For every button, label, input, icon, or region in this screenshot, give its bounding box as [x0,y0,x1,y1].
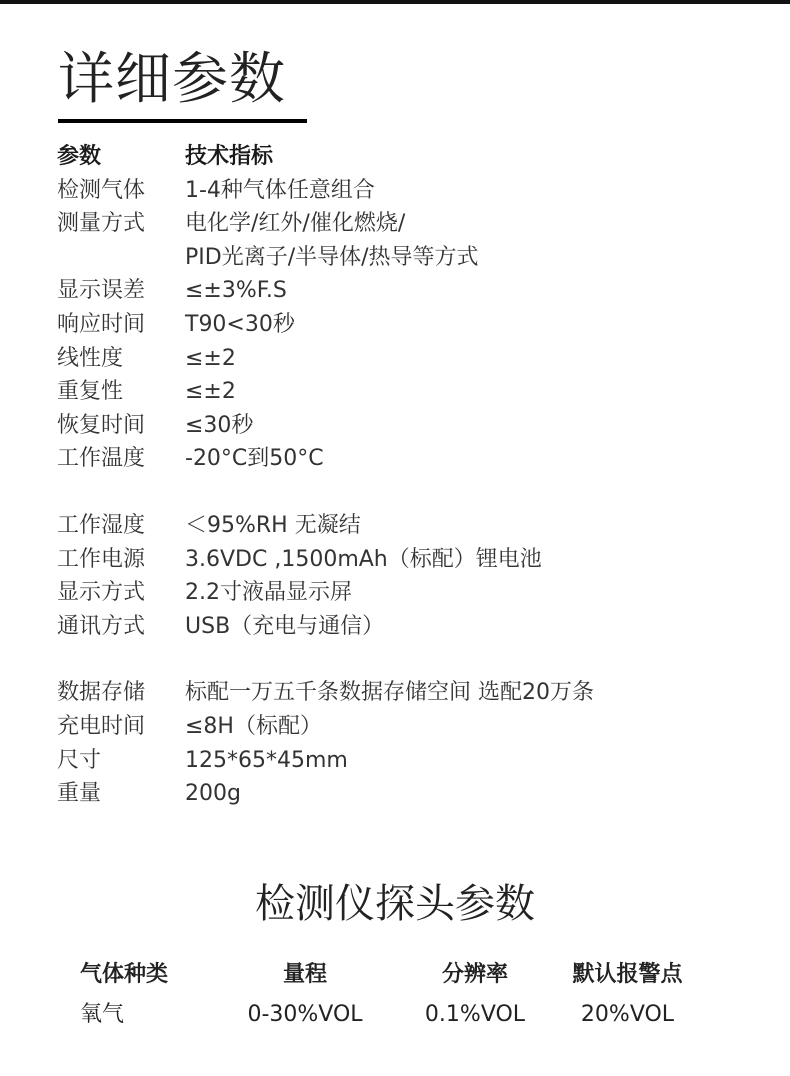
spec-row-dimensions: 尺寸 125*65*45mm [57,744,757,778]
spec-row-detect-gas: 检测气体 1-4种气体任意组合 [57,174,757,208]
spec-value: T90<30秒 [185,308,295,342]
spec-value: 200g [185,777,241,811]
spec-label: 测量方式 [57,207,185,274]
cell-resolution: 0.1%VOL [395,995,555,1035]
spec-label: 线性度 [57,342,185,376]
column-header-resolution: 分辨率 [395,955,555,995]
spec-value: ≤8H（标配） [185,710,322,744]
spec-label: 重量 [57,777,185,811]
spec-value-line: PID光离子/半导体/热导等方式 [185,241,479,275]
spec-label: 恢复时间 [57,409,185,443]
top-border [0,0,790,4]
spec-list: 参数 技术指标 检测气体 1-4种气体任意组合 测量方式 电化学/红外/催化燃烧… [57,140,757,811]
spec-row-display-type: 显示方式 2.2寸液晶显示屏 [57,576,757,610]
spec-label: 重复性 [57,375,185,409]
spec-label: 检测气体 [57,174,185,208]
spec-value: USB（充电与通信） [185,610,384,644]
spec-label: 工作电源 [57,543,185,577]
spec-value: ≤±2 [185,342,236,376]
spec-value: ＜95%RH 无凝结 [185,509,361,543]
spec-value: ≤30秒 [185,409,253,443]
spec-row-measure-method: 测量方式 电化学/红外/催化燃烧/ PID光离子/半导体/热导等方式 [57,207,757,274]
spec-row-operating-humidity: 工作湿度 ＜95%RH 无凝结 [57,509,757,543]
spec-value: 2.2寸液晶显示屏 [185,576,352,610]
spec-label: 显示方式 [57,576,185,610]
spec-row-repeatability: 重复性 ≤±2 [57,375,757,409]
column-header-alarm-point: 默认报警点 [555,955,700,995]
spec-row-data-storage: 数据存储 标配一万五千条数据存储空间 选配20万条 [57,676,757,710]
spec-label: 响应时间 [57,308,185,342]
spec-label: 显示误差 [57,274,185,308]
spec-label: 通讯方式 [57,610,185,644]
cell-range: 0-30%VOL [215,995,395,1035]
spec-value: -20°C到50°C [185,442,324,476]
page-title: 详细参数 [58,44,286,116]
spec-row-recovery-time: 恢复时间 ≤30秒 [57,409,757,443]
spec-header-value: 技术指标 [185,140,273,174]
spec-value: ≤±3%F.S [185,274,287,308]
spec-row-response-time: 响应时间 T90<30秒 [57,308,757,342]
spec-header-row: 参数 技术指标 [57,140,757,174]
spec-row-communication: 通讯方式 USB（充电与通信） [57,610,757,644]
spec-label: 尺寸 [57,744,185,778]
spec-value: 标配一万五千条数据存储空间 选配20万条 [185,676,594,710]
spec-value: 电化学/红外/催化燃烧/ PID光离子/半导体/热导等方式 [185,207,479,274]
spec-value: 125*65*45mm [185,744,348,778]
spec-label: 工作温度 [57,442,185,476]
column-header-range: 量程 [215,955,395,995]
spec-value: 3.6VDC ,1500mAh（标配）锂电池 [185,543,542,577]
probe-table: 气体种类 量程 分辨率 默认报警点 氧气 0-30%VOL 0.1%VOL 20… [80,955,700,1035]
spec-header-label: 参数 [57,140,185,174]
table-row: 氧气 0-30%VOL 0.1%VOL 20%VOL [80,995,700,1035]
spec-row-charging-time: 充电时间 ≤8H（标配） [57,710,757,744]
spec-label: 充电时间 [57,710,185,744]
spec-value-line: 电化学/红外/催化燃烧/ [185,207,479,241]
title-underline [58,119,307,123]
spec-row-operating-temperature: 工作温度 -20°C到50°C [57,442,757,476]
spec-value: ≤±2 [185,375,236,409]
spec-label: 数据存储 [57,676,185,710]
probe-table-header-row: 气体种类 量程 分辨率 默认报警点 [80,955,700,995]
cell-gas-type: 氧气 [80,995,215,1035]
spec-value: 1-4种气体任意组合 [185,174,375,208]
spec-row-power-supply: 工作电源 3.6VDC ,1500mAh（标配）锂电池 [57,543,757,577]
spec-label: 工作湿度 [57,509,185,543]
column-header-gas-type: 气体种类 [80,955,215,995]
spec-row-weight: 重量 200g [57,777,757,811]
spec-row-linearity: 线性度 ≤±2 [57,342,757,376]
spec-row-display-error: 显示误差 ≤±3%F.S [57,274,757,308]
cell-alarm-point: 20%VOL [555,995,700,1035]
probe-section-title: 检测仪探头参数 [0,876,790,932]
